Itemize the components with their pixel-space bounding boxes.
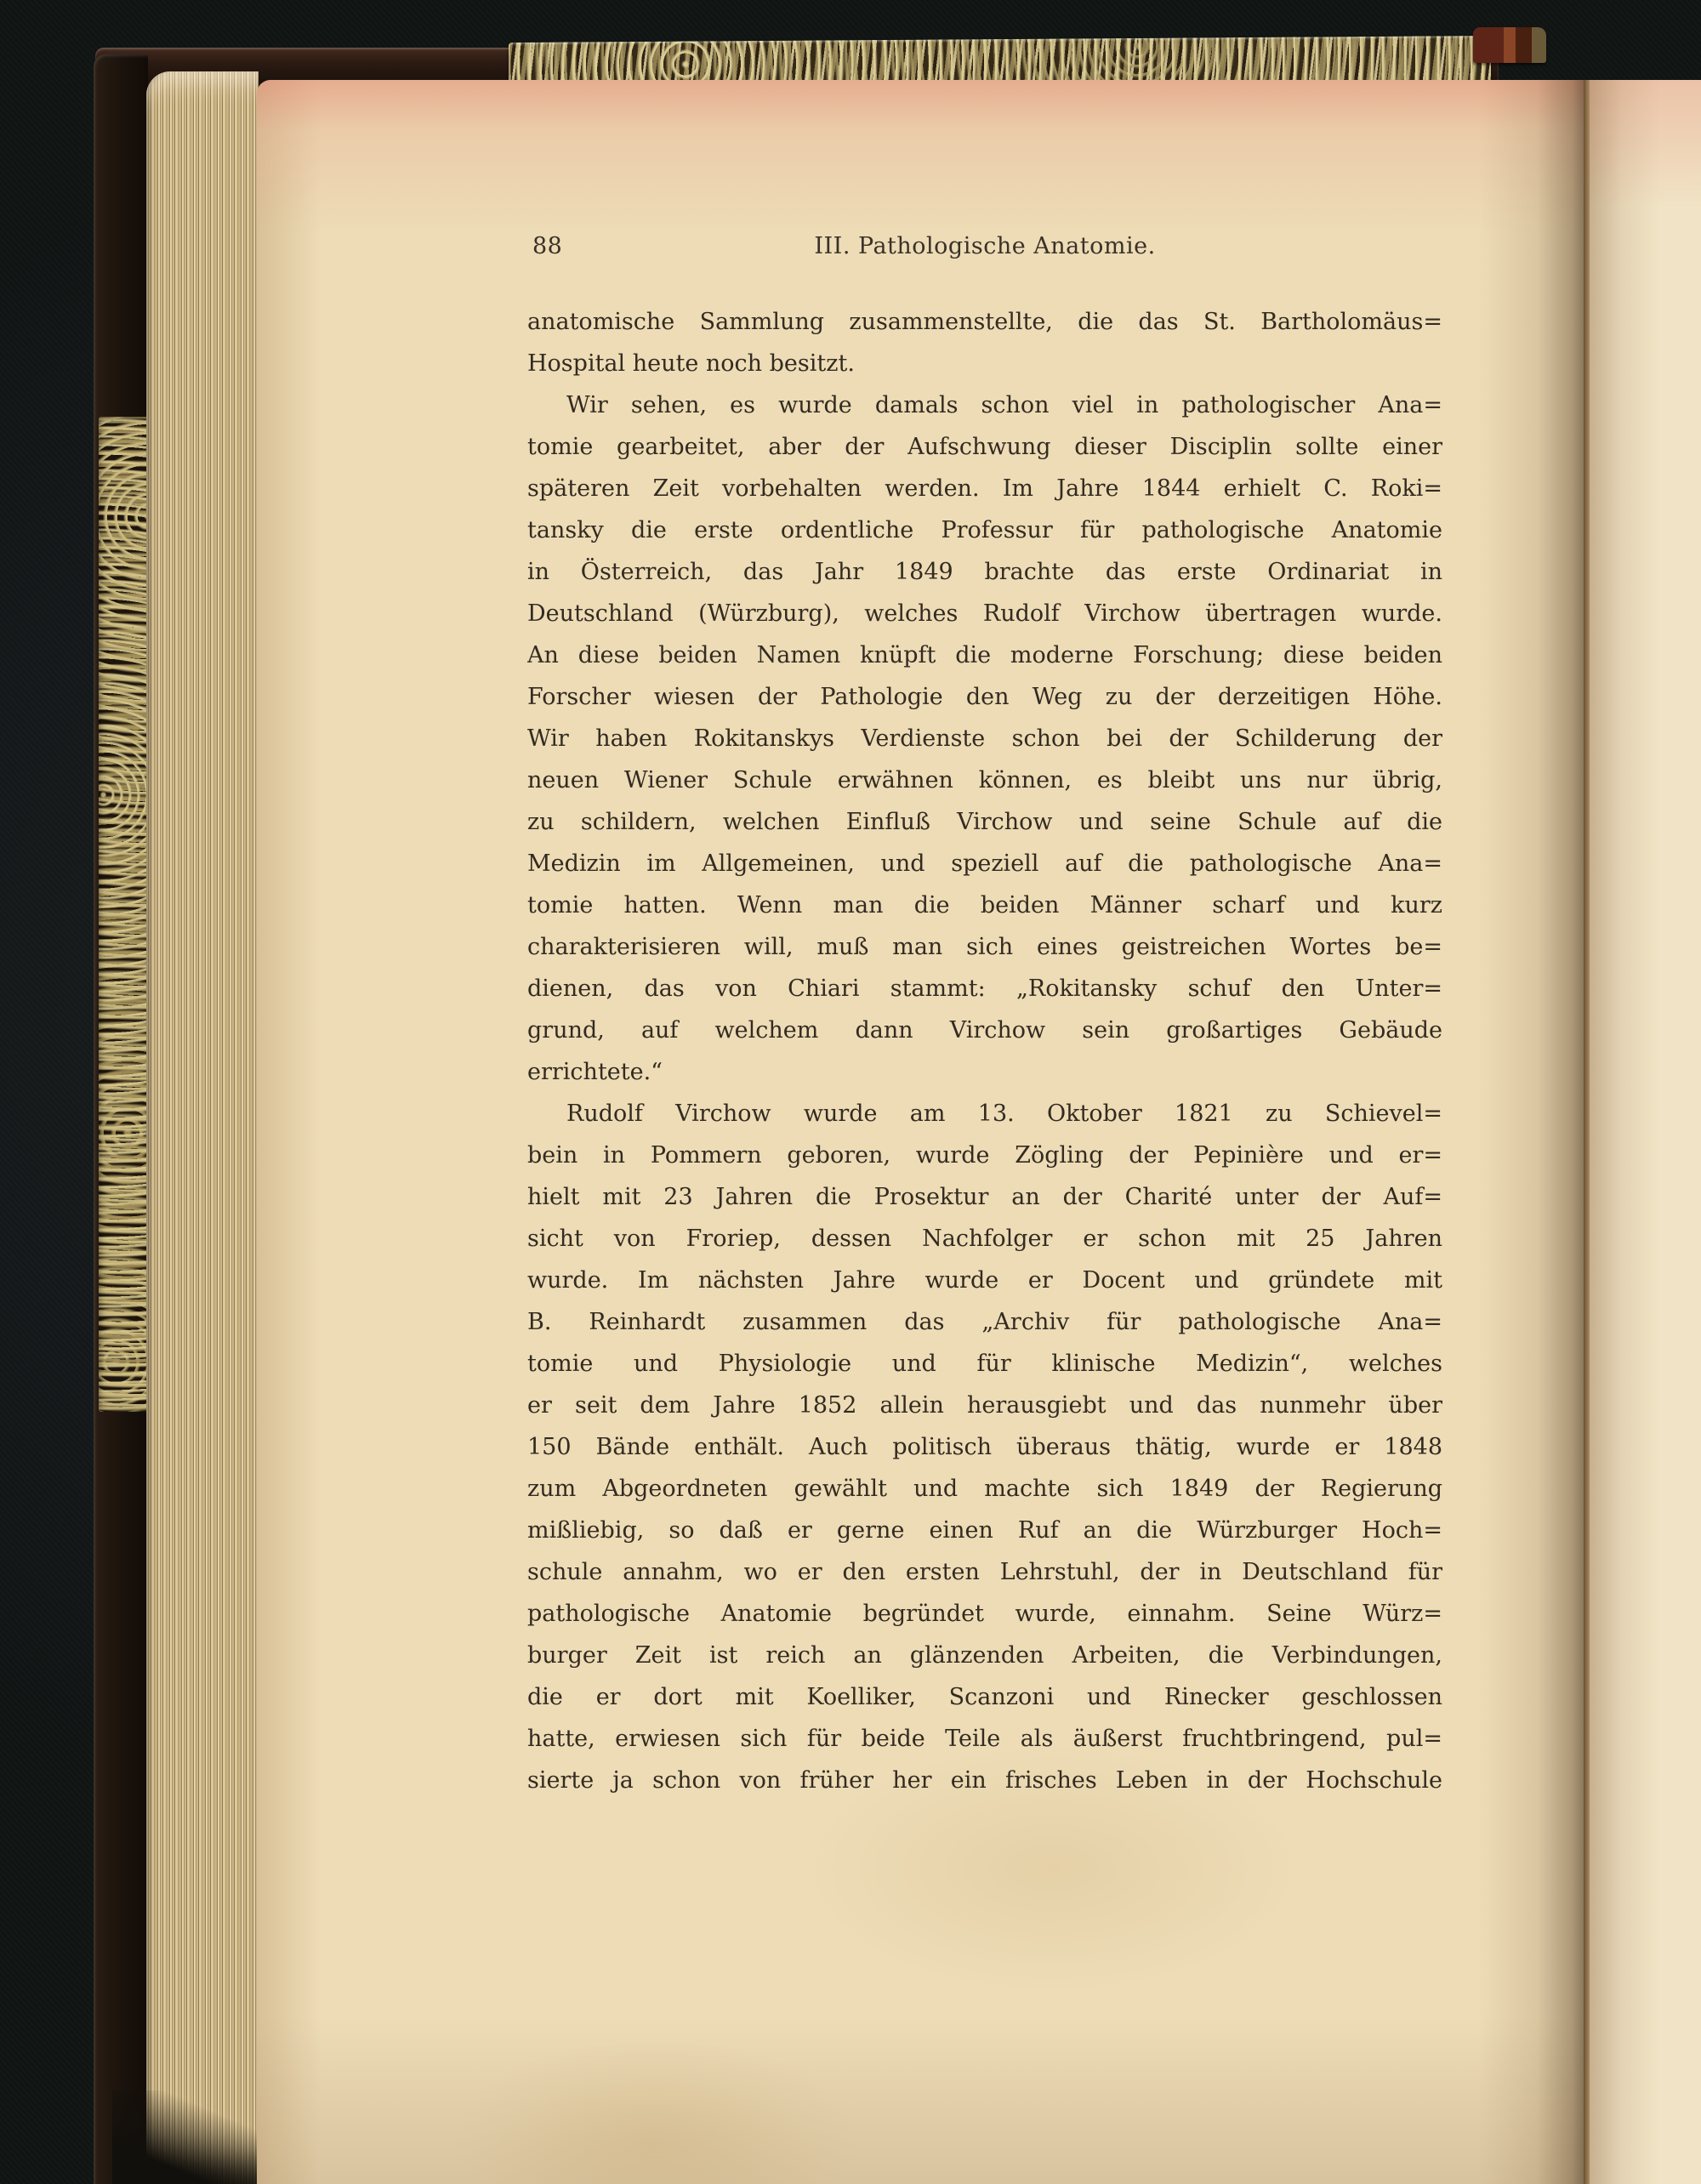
text-line: er seit dem Jahre 1852 allein herausgieb… xyxy=(527,1385,1442,1426)
text-line: burger Zeit ist reich an glänzenden Arbe… xyxy=(527,1635,1442,1676)
text-line: dienen, das von Chiari stammt: „Rokitans… xyxy=(527,968,1442,1010)
text-line: mißliebig, so daß er gerne einen Ruf an … xyxy=(527,1510,1442,1551)
text-line: Wir haben Rokitanskys Verdienste schon b… xyxy=(527,718,1442,759)
text-line: zu schildern, welchen Einfluß Virchow un… xyxy=(527,801,1442,843)
text-line: tomie gearbeitet, aber der Aufschwung di… xyxy=(527,426,1442,468)
page-header: 88 III. Pathologische Anatomie. xyxy=(527,233,1442,269)
facing-page-sliver xyxy=(1590,80,1701,2184)
text-line: B. Reinhardt zusammen das „Archiv für pa… xyxy=(527,1301,1442,1343)
text-line: sicht von Froriep, dessen Nachfolger er … xyxy=(527,1218,1442,1260)
text-line: errichtete.“ xyxy=(527,1051,1442,1093)
body-text: anatomische Sammlung zusammenstellte, di… xyxy=(527,301,1442,1801)
text-line: pathologische Anatomie begründet wurde, … xyxy=(527,1593,1442,1635)
text-line: schule annahm, wo er den ersten Lehrstuh… xyxy=(527,1551,1442,1593)
gutter-shadow xyxy=(1478,80,1585,2184)
text-line: bein in Pommern geboren, wurde Zögling d… xyxy=(527,1135,1442,1176)
book-scan: 88 III. Pathologische Anatomie. anatomis… xyxy=(0,0,1701,2184)
text-line: Forscher wiesen der Pathologie den Weg z… xyxy=(527,676,1442,718)
text-line: tomie und Physiologie und für klinische … xyxy=(527,1343,1442,1385)
text-line: Deutschland (Würzburg), welches Rudolf V… xyxy=(527,593,1442,634)
text-line: Wir sehen, es wurde damals schon viel in… xyxy=(527,384,1442,426)
text-line: grund, auf welchem dann Virchow sein gro… xyxy=(527,1010,1442,1051)
text-line: hielt mit 23 Jahren die Prosektur an der… xyxy=(527,1176,1442,1218)
text-line: die er dort mit Koelliker, Scanzoni und … xyxy=(527,1676,1442,1718)
text-line: tansky die erste ordentliche Professur f… xyxy=(527,509,1442,551)
text-line: tomie hatten. Wenn man die beiden Männer… xyxy=(527,884,1442,926)
text-line: Rudolf Virchow wurde am 13. Oktober 1821… xyxy=(527,1093,1442,1135)
fore-edge-page-stack xyxy=(146,71,259,2184)
text-line: anatomische Sammlung zusammenstellte, di… xyxy=(527,301,1442,343)
text-line: An diese beiden Namen knüpft die moderne… xyxy=(527,634,1442,676)
running-header: III. Pathologische Anatomie. xyxy=(527,233,1442,259)
headband xyxy=(1473,27,1546,63)
text-line: zum Abgeordneten gewählt und machte sich… xyxy=(527,1468,1442,1510)
text-line: wurde. Im nächsten Jahre wurde er Docent… xyxy=(527,1260,1442,1301)
text-line: sierte ja schon von früher her ein frisc… xyxy=(527,1760,1442,1801)
text-line: in Österreich, das Jahr 1849 brachte das… xyxy=(527,551,1442,593)
text-line: charakterisieren will, muß man sich eine… xyxy=(527,926,1442,968)
text-line: Hospital heute noch besitzt. xyxy=(527,343,1442,384)
text-line: späteren Zeit vorbehalten werden. Im Jah… xyxy=(527,468,1442,509)
gutter-crease xyxy=(1584,80,1590,2184)
text-line: neuen Wiener Schule erwähnen können, es … xyxy=(527,759,1442,801)
text-line: hatte, erwiesen sich für beide Teile als… xyxy=(527,1718,1442,1760)
text-line: Medizin im Allgemeinen, und speziell auf… xyxy=(527,843,1442,884)
text-line: 150 Bände enthält. Auch politisch überau… xyxy=(527,1426,1442,1468)
